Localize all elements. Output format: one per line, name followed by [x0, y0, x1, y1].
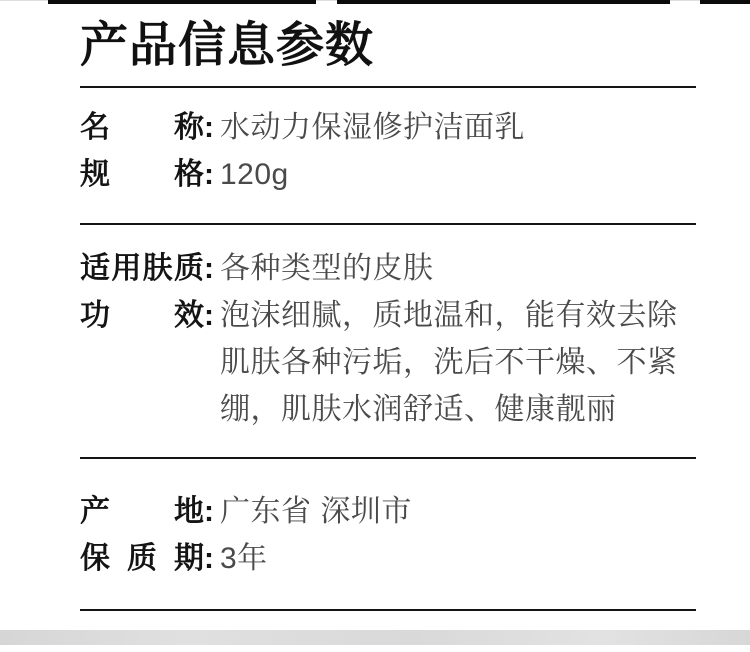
field-value-origin: 广东省 深圳市 — [220, 488, 696, 535]
product-info-content: 产品信息参数 名称 : 水动力保湿修护洁面乳 规格 : 120g 适用肤质 : … — [80, 0, 696, 611]
page-title: 产品信息参数 — [80, 0, 696, 82]
field-value-skin-type: 各种类型的皮肤 — [220, 245, 696, 292]
section-divider — [80, 609, 696, 611]
field-value-spec: 120g — [220, 151, 696, 198]
section-usage-info: 适用肤质 : 各种类型的皮肤 功效 : 泡沫细腻，质地温和，能有效去除肌肤各种污… — [80, 225, 696, 457]
field-label-skin-type: 适用肤质 — [80, 245, 204, 292]
field-colon: : — [204, 488, 220, 535]
field-label-effect: 功效 — [80, 292, 204, 339]
field-colon: : — [204, 245, 220, 292]
row-shelf-life: 保质期 : 3年 — [80, 535, 696, 582]
bottom-grey-band — [0, 630, 750, 645]
field-colon: : — [204, 535, 220, 582]
product-info-panel: 产品信息参数 名称 : 水动力保湿修护洁面乳 规格 : 120g 适用肤质 : … — [0, 0, 750, 652]
field-label-name: 名称 — [80, 104, 204, 151]
field-colon: : — [204, 151, 220, 198]
field-label-spec: 规格 — [80, 151, 204, 198]
field-value-effect: 泡沫细腻，质地温和，能有效去除肌肤各种污垢，洗后不干燥、不紧绷，肌肤水润舒适、健… — [220, 292, 696, 433]
field-colon: : — [204, 292, 220, 339]
section-origin-info: 产地 : 广东省 深圳市 保质期 : 3年 — [80, 459, 696, 609]
top-strip-segment — [700, 0, 750, 4]
row-spec: 规格 : 120g — [80, 151, 696, 198]
section-basic-info: 名称 : 水动力保湿修护洁面乳 规格 : 120g — [80, 88, 696, 223]
row-product-name: 名称 : 水动力保湿修护洁面乳 — [80, 104, 696, 151]
row-skin-type: 适用肤质 : 各种类型的皮肤 — [80, 245, 696, 292]
field-colon: : — [204, 104, 220, 151]
field-label-shelf-life: 保质期 — [80, 535, 204, 582]
row-origin: 产地 : 广东省 深圳市 — [80, 488, 696, 535]
row-effect: 功效 : 泡沫细腻，质地温和，能有效去除肌肤各种污垢，洗后不干燥、不紧绷，肌肤水… — [80, 292, 696, 433]
field-value-name: 水动力保湿修护洁面乳 — [220, 104, 696, 151]
field-label-origin: 产地 — [80, 488, 204, 535]
field-value-shelf-life: 3年 — [220, 535, 696, 582]
